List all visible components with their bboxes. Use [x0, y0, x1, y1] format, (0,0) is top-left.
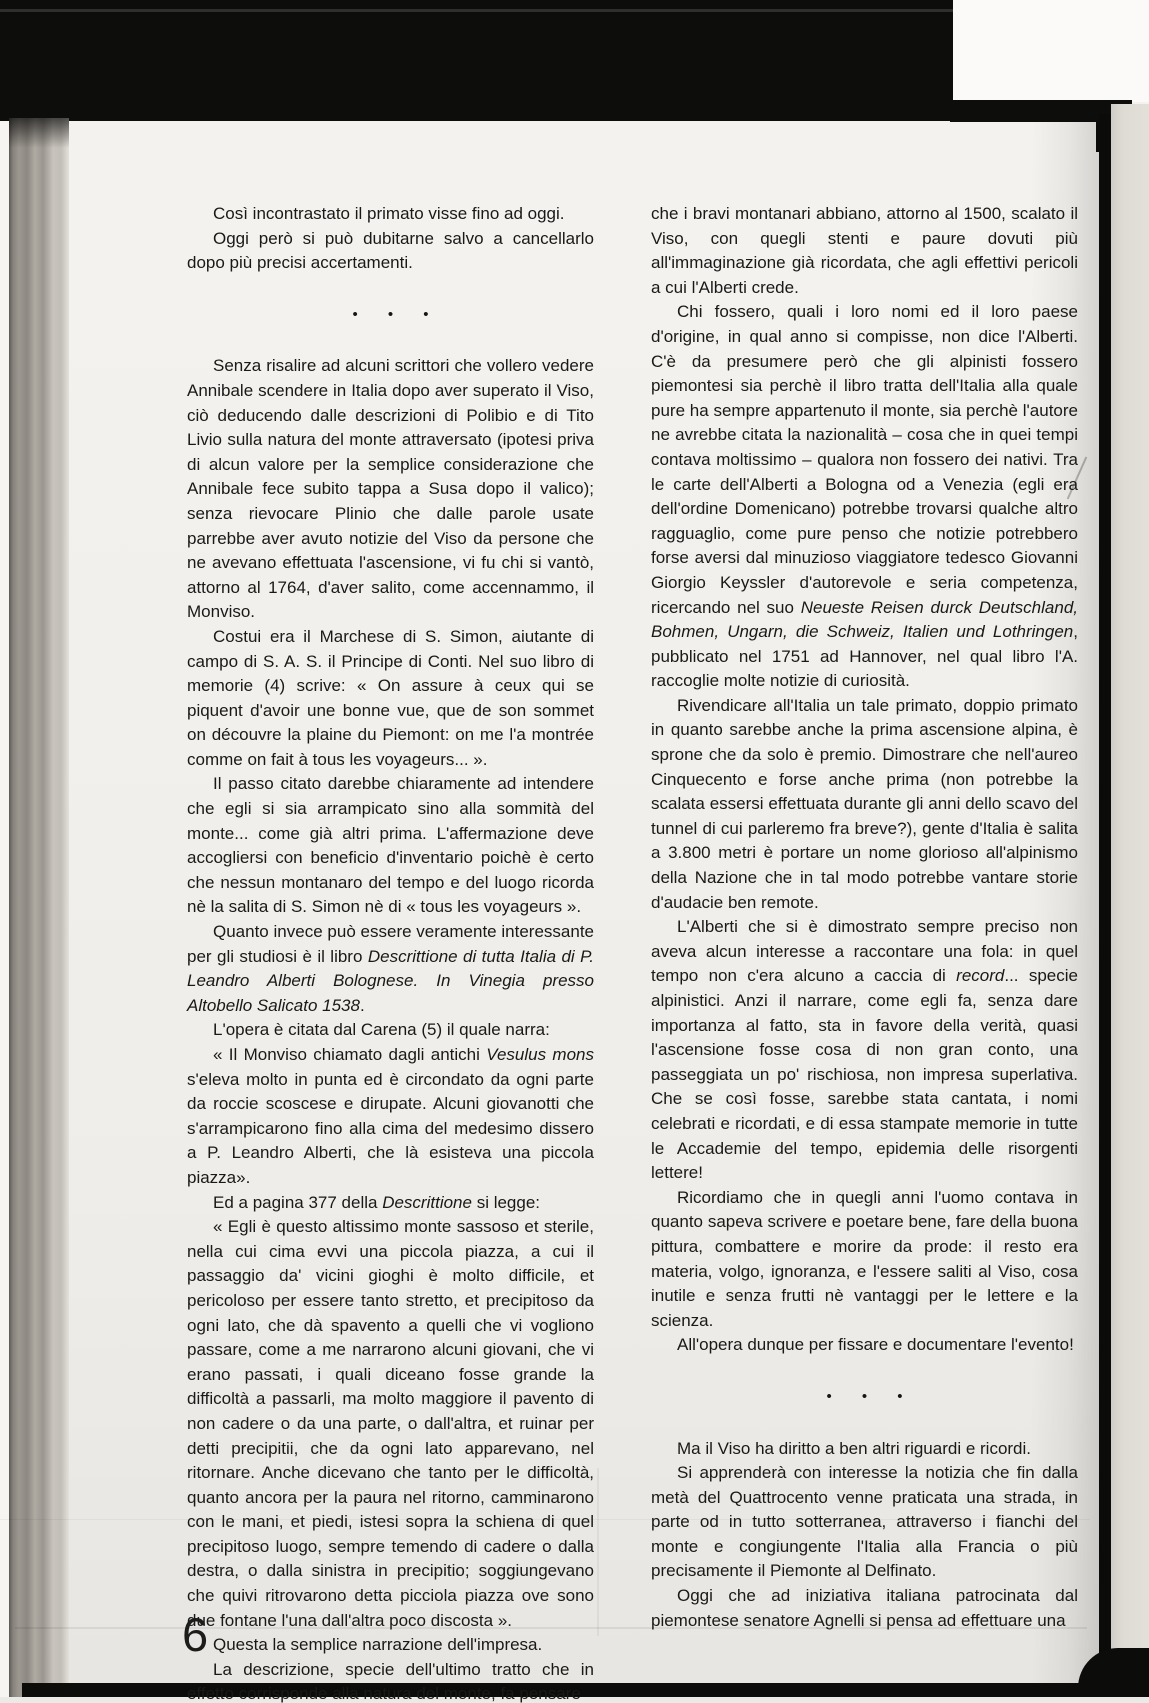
paragraph: All'opera dunque per fissare e documenta…	[651, 1333, 1078, 1358]
paragraph: Oggi però si può dubitarne salvo a cance…	[187, 227, 594, 276]
scan-header-gap-line	[0, 9, 956, 12]
text-segment: All'opera dunque per fissare e documenta…	[677, 1335, 1074, 1354]
text-segment: che i bravi montanari abbiano, attorno a…	[651, 204, 1078, 297]
scan-corner-white-notch	[953, 0, 1149, 102]
text-segment: si legge:	[472, 1193, 540, 1212]
text-segment: Chi fossero, quali i loro nomi ed il lor…	[651, 302, 1078, 616]
text-segment: ... specie alpinistici. Anzi il narrare,…	[651, 966, 1078, 1182]
paragraph: Senza risalire ad alcuni scrittori che v…	[187, 354, 594, 625]
gutter-top-shadow	[9, 118, 69, 148]
paragraph: Rivendicare all'Italia un tale primato, …	[651, 694, 1078, 915]
right-scan-margin	[1111, 104, 1149, 1703]
text-segment: Ma il Viso ha diritto a ben altri riguar…	[677, 1439, 1031, 1458]
text-segment: Così incontrastato il primato visse fino…	[213, 204, 565, 223]
section-separator: • • •	[187, 303, 594, 328]
paragraph: Oggi che ad iniziativa italiana patrocin…	[651, 1584, 1078, 1633]
book-spine-edge-line	[1099, 114, 1111, 1680]
paragraph: Così incontrastato il primato visse fino…	[187, 202, 594, 227]
text-segment: Ricordiamo che in quegli anni l'uomo con…	[651, 1188, 1078, 1330]
scan-header-black-band	[0, 0, 956, 121]
paragraph: Ed a pagina 377 della Descrittione si le…	[187, 1191, 594, 1216]
text-segment: Oggi però si può dubitarne salvo a cance…	[187, 229, 594, 273]
text-segment: L'opera è citata dal Carena (5) il quale…	[213, 1020, 550, 1039]
paragraph: « Egli è questo altissimo monte sassoso …	[187, 1215, 594, 1633]
paragraph: Costui era il Marchese di S. Simon, aiut…	[187, 625, 594, 773]
vertical-crease-line	[597, 1468, 599, 1636]
text-segment: « Il Monviso chiamato dagli antichi	[213, 1045, 486, 1064]
paragraph: Chi fossero, quali i loro nomi ed il lor…	[651, 300, 1078, 694]
text-segment: .	[360, 996, 365, 1015]
paragraph: Questa la semplice narrazione dell'impre…	[187, 1633, 594, 1658]
text-column-left: Così incontrastato il primato visse fino…	[187, 202, 594, 1703]
paragraph: L'Alberti che si è dimostrato sempre pre…	[651, 915, 1078, 1186]
text-segment: Questa la semplice narrazione dell'impre…	[213, 1635, 542, 1654]
text-segment: Costui era il Marchese di S. Simon, aiut…	[187, 627, 594, 769]
paragraph: L'opera è citata dal Carena (5) il quale…	[187, 1018, 594, 1043]
scanned-book-page: Così incontrastato il primato visse fino…	[0, 0, 1149, 1703]
text-column-right: che i bravi montanari abbiano, attorno a…	[651, 202, 1078, 1633]
left-scan-margin	[0, 121, 9, 1703]
paragraph: Ricordiamo che in quegli anni l'uomo con…	[651, 1186, 1078, 1334]
text-segment: Senza risalire ad alcuni scrittori che v…	[187, 356, 594, 621]
text-segment: Descrittione	[382, 1193, 472, 1212]
paragraph: Si apprenderà con interesse la notizia c…	[651, 1461, 1078, 1584]
text-segment: Rivendicare all'Italia un tale primato, …	[651, 696, 1078, 912]
paragraph: La descrizione, specie dell'ultimo tratt…	[187, 1658, 594, 1703]
page-number: 6	[182, 1607, 209, 1662]
text-segment: Oggi che ad iniziativa italiana patrocin…	[651, 1586, 1078, 1630]
paragraph: che i bravi montanari abbiano, attorno a…	[651, 202, 1078, 300]
text-segment: s'eleva molto in punta ed è circondato d…	[187, 1070, 594, 1187]
section-separator: • • •	[651, 1385, 1078, 1410]
left-page-gutter	[9, 118, 69, 1703]
text-segment: Vesulus mons	[486, 1045, 594, 1064]
text-segment: Il passo citato darebbe chiaramente ad i…	[187, 774, 594, 916]
paragraph: Ma il Viso ha diritto a ben altri riguar…	[651, 1437, 1078, 1462]
text-segment: La descrizione, specie dell'ultimo tratt…	[187, 1660, 594, 1703]
paragraph: Quanto invece può essere veramente inter…	[187, 920, 594, 1018]
text-segment: « Egli è questo altissimo monte sassoso …	[187, 1217, 594, 1630]
paragraph: « Il Monviso chiamato dagli antichi Vesu…	[187, 1043, 594, 1191]
text-segment: Si apprenderà con interesse la notizia c…	[651, 1463, 1078, 1580]
paragraph: Il passo citato darebbe chiaramente ad i…	[187, 772, 594, 920]
text-segment: record	[956, 966, 1004, 985]
text-segment: Ed a pagina 377 della	[213, 1193, 382, 1212]
